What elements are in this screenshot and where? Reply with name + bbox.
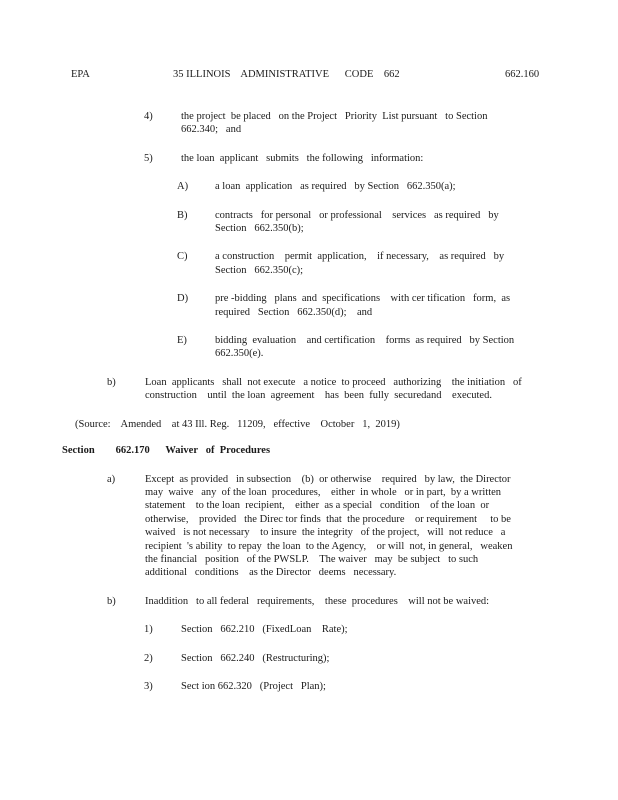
- list-item-5-text: the loan applicant submits the following…: [181, 152, 423, 165]
- paragraph-b-160-text: Loan applicants shall not execute a noti…: [145, 376, 522, 403]
- list-item-D-text: pre -bidding plans and specifications wi…: [215, 292, 510, 319]
- paragraph-a-170-text: Except as provided in subsection (b) or …: [145, 473, 512, 580]
- list-item-C-text: a construction permit application, if ne…: [215, 250, 504, 277]
- list-item-E-text: bidding evaluation and certification for…: [215, 334, 514, 361]
- list-item-2: 2) Section 662.240 (Restructuring);: [0, 652, 618, 665]
- list-item-4-text: the project be placed on the Project Pri…: [181, 110, 487, 137]
- list-item-E: E) bidding evaluation and certification …: [0, 334, 618, 361]
- list-item-B-label: B): [177, 209, 215, 236]
- list-item-4-label: 4): [144, 110, 181, 137]
- list-item-3: 3) Sect ion 662.320 (Project Plan);: [0, 680, 618, 693]
- header-title: 35 ILLINOIS ADMINISTRATIVE CODE 662: [173, 68, 400, 81]
- paragraph-a-170: a) Except as provided in subsection (b) …: [0, 473, 618, 580]
- paragraph-a-170-label: a): [107, 473, 145, 580]
- section-heading: Section 662.170 Waiver of Procedures: [0, 444, 618, 457]
- header-agency: EPA: [71, 68, 90, 81]
- paragraph-b-170-label: b): [107, 595, 145, 608]
- paragraph-b-160-label: b): [107, 376, 145, 403]
- source-note: (Source: Amended at 43 Ill. Reg. 11209, …: [0, 418, 618, 431]
- list-item-B-text: contracts for personal or professional s…: [215, 209, 499, 236]
- list-item-5: 5) the loan applicant submits the follow…: [0, 152, 618, 165]
- list-item-E-label: E): [177, 334, 215, 361]
- document-page: EPA 35 ILLINOIS ADMINISTRATIVE CODE 662 …: [0, 0, 618, 800]
- paragraph-b-170-text: Inaddition to all federal requirements, …: [145, 595, 489, 608]
- paragraph-b-160: b) Loan applicants shall not execute a n…: [0, 376, 618, 403]
- list-item-A-label: A): [177, 180, 215, 193]
- header-page-ref: 662.160: [505, 68, 539, 81]
- list-item-1-label: 1): [144, 623, 181, 636]
- list-item-C-label: C): [177, 250, 215, 277]
- list-item-3-text: Sect ion 662.320 (Project Plan);: [181, 680, 326, 693]
- list-item-2-text: Section 662.240 (Restructuring);: [181, 652, 329, 665]
- list-item-A-text: a loan application as required by Sectio…: [215, 180, 456, 193]
- list-item-5-label: 5): [144, 152, 181, 165]
- document-body: 4) the project be placed on the Project …: [0, 110, 618, 708]
- list-item-1: 1) Section 662.210 (FixedLoan Rate);: [0, 623, 618, 636]
- paragraph-b-170: b) Inaddition to all federal requirement…: [0, 595, 618, 608]
- page-header: EPA 35 ILLINOIS ADMINISTRATIVE CODE 662 …: [0, 68, 618, 82]
- list-item-A: A) a loan application as required by Sec…: [0, 180, 618, 193]
- list-item-2-label: 2): [144, 652, 181, 665]
- list-item-C: C) a construction permit application, if…: [0, 250, 618, 277]
- list-item-1-text: Section 662.210 (FixedLoan Rate);: [181, 623, 348, 636]
- list-item-3-label: 3): [144, 680, 181, 693]
- list-item-B: B) contracts for personal or professiona…: [0, 209, 618, 236]
- list-item-D: D) pre -bidding plans and specifications…: [0, 292, 618, 319]
- list-item-4: 4) the project be placed on the Project …: [0, 110, 618, 137]
- list-item-D-label: D): [177, 292, 215, 319]
